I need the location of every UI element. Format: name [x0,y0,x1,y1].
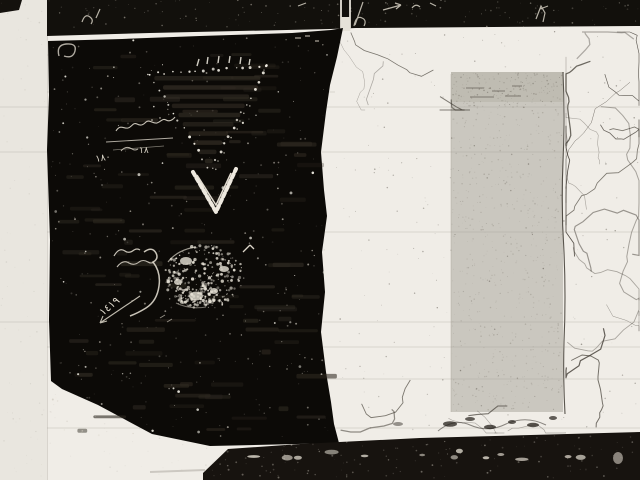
annotation-number-small: ١٨ [139,146,149,156]
gray-strip [451,72,563,412]
scan-art: ١٨ ١٨٠ ١٤١٩ [0,0,640,480]
left-margin-strip [0,0,47,480]
ink-block [47,28,343,446]
manuscript-scan: ١٨ ١٨٠ ١٤١٩ [0,0,640,480]
